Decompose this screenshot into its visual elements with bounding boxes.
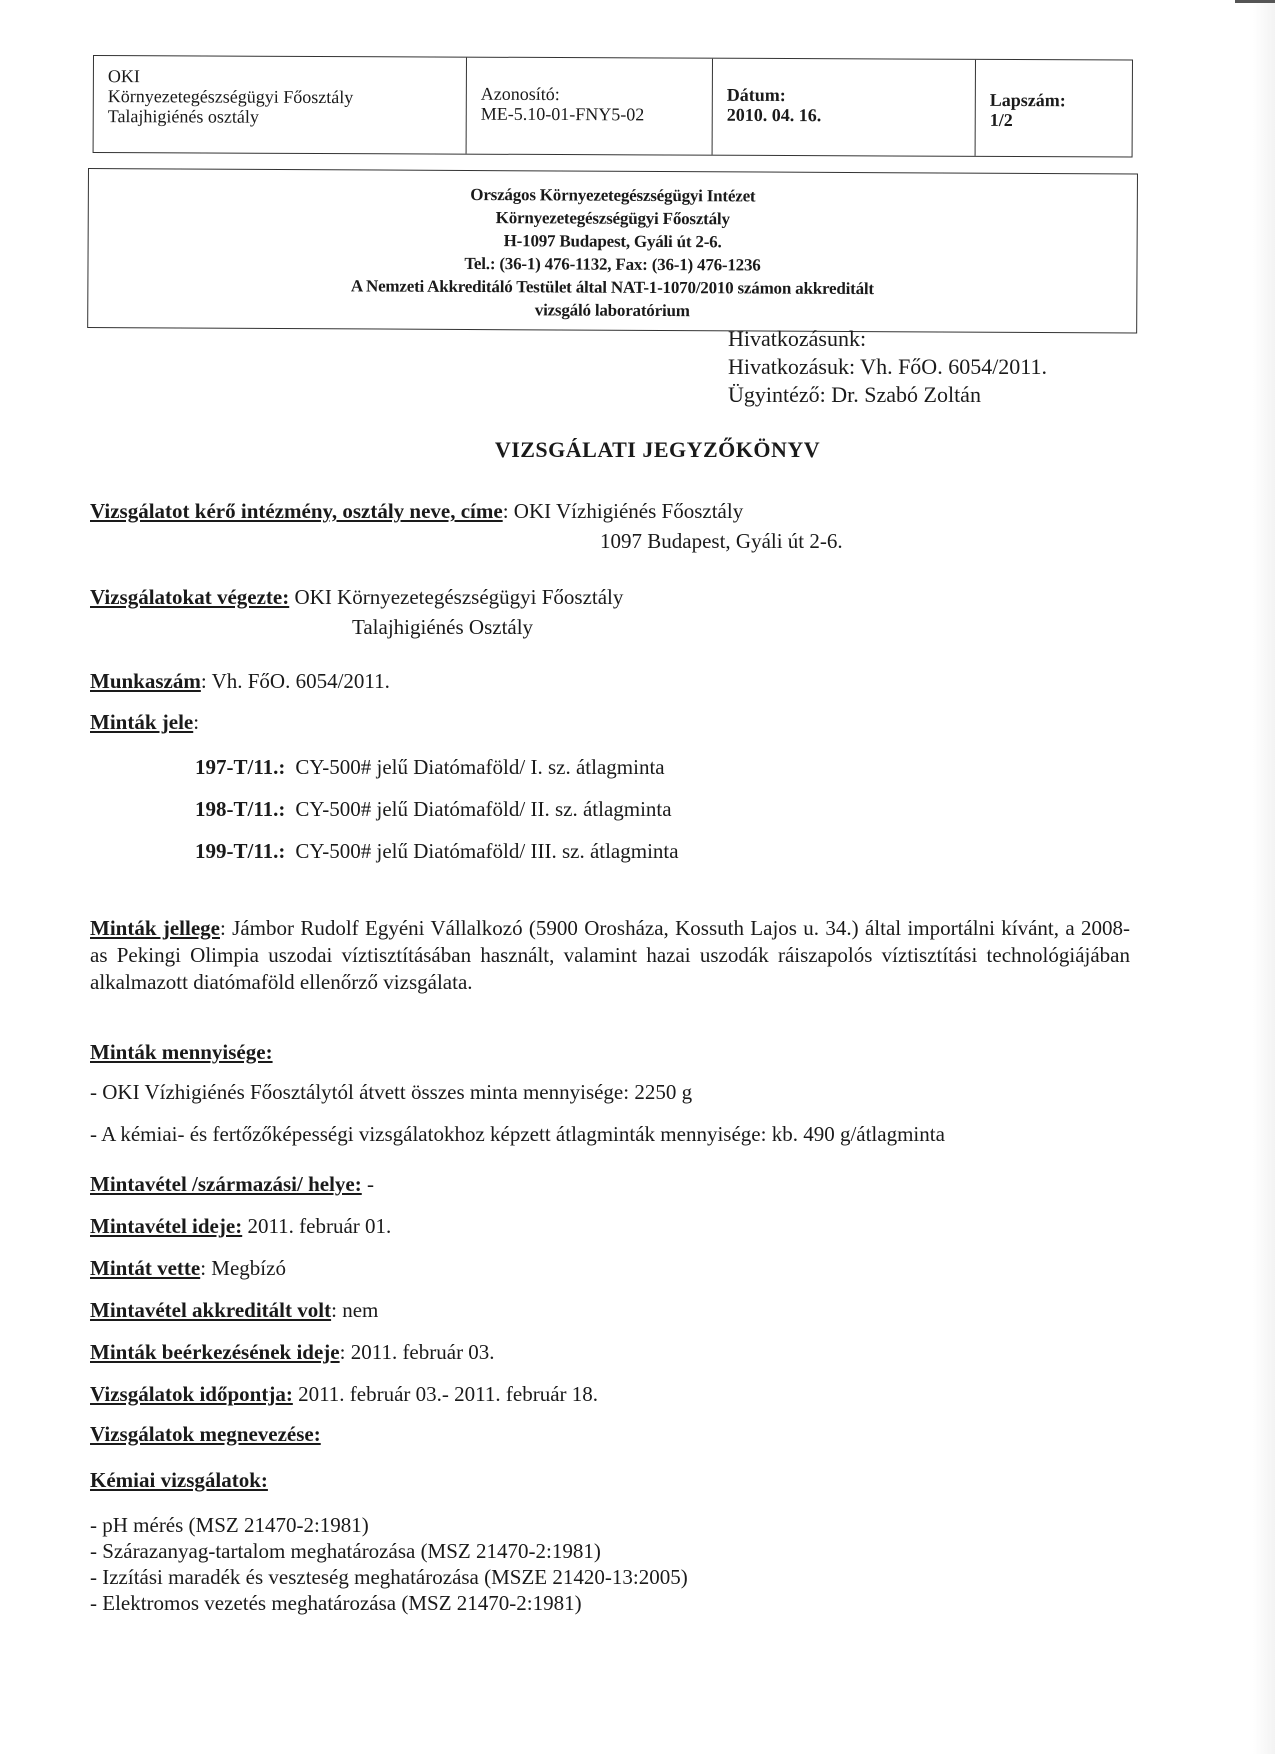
performed-by-label: Vizsgálatokat végezte: (90, 585, 289, 609)
sample-code: 198-T/11.: (195, 797, 285, 821)
field-label: Minták beérkezésének ideje (90, 1340, 340, 1364)
sample-quantity-row: Minták mennyisége: (90, 1038, 273, 1066)
field-label: Vizsgálatok időpontja: (90, 1382, 293, 1406)
arrival-date-row: Minták beérkezésének ideje: 2011. februá… (90, 1338, 495, 1366)
our-reference: Hivatkozásunk: (728, 325, 1047, 353)
separator: : (503, 499, 509, 523)
field-value: 2011. február 03.- 2011. február 18. (293, 1382, 598, 1406)
org-unit: Talajhigiénés osztály (108, 106, 454, 128)
sample-nature-text: Jámbor Rudolf Egyéni Vállalkozó (5900 Or… (90, 916, 1130, 994)
field-value: Megbízó (206, 1256, 286, 1280)
sampling-place-row: Mintavétel /származási/ helye: - (90, 1170, 374, 1198)
quantity-item: - OKI Vízhigiénés Főosztálytól átvett ös… (90, 1080, 692, 1105)
field-label: Vizsgálatok megnevezése: (90, 1422, 321, 1446)
sample-ids-row: Minták jele: (90, 708, 199, 736)
chemical-tests-row: Kémiai vizsgálatok: (90, 1466, 268, 1494)
header-org-cell: OKI Környezetegészségügyi Főosztály Tala… (94, 56, 467, 154)
sample-item: 199-T/11.:CY-500# jelű Diatómaföld/ III.… (195, 839, 679, 864)
quantity-item: - A kémiai- és fertőzőképességi vizsgála… (90, 1122, 945, 1147)
chemical-tests-label: Kémiai vizsgálatok: (90, 1468, 268, 1492)
field-value: 2011. február 03. (345, 1340, 494, 1364)
requester-name: OKI Vízhigiénés Főosztály (514, 499, 743, 523)
id-label: Azonosító: (481, 84, 700, 105)
sample-item: 198-T/11.:CY-500# jelű Diatómaföld/ II. … (195, 797, 672, 822)
test-names-row: Vizsgálatok megnevezése: (90, 1420, 321, 1448)
document-header-table: OKI Környezetegészségügyi Főosztály Tala… (93, 55, 1133, 158)
sample-ids-label: Minták jele (90, 710, 193, 734)
performed-by-dept: OKI Környezetegészségügyi Főosztály (294, 585, 623, 609)
date-label: Dátum: (727, 85, 963, 106)
institute-line: vizsgáló laboratórium (88, 296, 1136, 324)
separator: : (193, 710, 199, 734)
requester-label: Vizsgálatot kérő intézmény, osztály neve… (90, 499, 503, 523)
sample-quantity-label: Minták mennyisége: (90, 1040, 273, 1064)
field-label: Mintavétel /származási/ helye: (90, 1172, 362, 1196)
case-officer: Ügyintéző: Dr. Szabó Zoltán (728, 381, 1047, 409)
page-edge-shadow (1253, 0, 1275, 1754)
org-name: OKI (108, 66, 454, 88)
sample-nature-label: Minták jellege (90, 916, 220, 940)
page-label: Lapszám: (990, 90, 1120, 111)
sample-desc: CY-500# jelű Diatómaföld/ III. sz. átlag… (295, 839, 678, 863)
performed-by-unit: Talajhigiénés Osztály (352, 615, 533, 640)
test-period-row: Vizsgálatok időpontja: 2011. február 03.… (90, 1380, 598, 1408)
requester-row: Vizsgálatot kérő intézmény, osztály neve… (90, 497, 743, 525)
sample-desc: CY-500# jelű Diatómaföld/ II. sz. átlagm… (295, 797, 671, 821)
id-value: ME-5.10-01-FNY5-02 (481, 104, 700, 125)
scan-artifact (1235, 0, 1275, 3)
header-id-cell: Azonosító: ME-5.10-01-FNY5-02 (467, 58, 713, 155)
field-value: nem (337, 1298, 378, 1322)
field-label: Mintavétel ideje: (90, 1214, 242, 1238)
test-item: - Szárazanyag-tartalom meghatározása (MS… (90, 1538, 688, 1564)
separator: : (220, 916, 226, 940)
test-item: - Izzítási maradék és veszteség meghatár… (90, 1564, 688, 1590)
sample-desc: CY-500# jelű Diatómaföld/ I. sz. átlagmi… (295, 755, 664, 779)
org-department: Környezetegészségügyi Főosztály (108, 86, 454, 108)
field-value: - (362, 1172, 374, 1196)
sample-item: 197-T/11.:CY-500# jelű Diatómaföld/ I. s… (195, 755, 665, 780)
sample-code: 199-T/11.: (195, 839, 285, 863)
sample-code: 197-T/11.: (195, 755, 285, 779)
date-value: 2010. 04. 16. (727, 105, 963, 126)
test-item: - pH mérés (MSZ 21470-2:1981) (90, 1512, 688, 1538)
page-value: 1/2 (990, 110, 1120, 131)
field-value: 2011. február 01. (242, 1214, 391, 1238)
header-date-cell: Dátum: 2010. 04. 16. (713, 59, 976, 156)
sampling-date-row: Mintavétel ideje: 2011. február 01. (90, 1212, 391, 1240)
test-item: - Elektromos vezetés meghatározása (MSZ … (90, 1590, 688, 1616)
document-title: VIZSGÁLATI JEGYZŐKÖNYV (0, 437, 1275, 463)
sample-nature-paragraph: Minták jellege: Jámbor Rudolf Egyéni Vál… (90, 915, 1130, 996)
reference-block: Hivatkozásunk: Hivatkozásuk: Vh. FőO. 60… (728, 325, 1047, 409)
work-number-value: Vh. FőO. 6054/2011. (212, 669, 390, 693)
field-label: Mintát vette (90, 1256, 200, 1280)
field-label: Mintavétel akkreditált volt (90, 1298, 331, 1322)
chemical-tests-list: - pH mérés (MSZ 21470-2:1981) - Szárazan… (90, 1512, 688, 1616)
work-number-row: Munkaszám: Vh. FőO. 6054/2011. (90, 667, 390, 695)
institute-box: Országos Környezetegészségügyi Intézet K… (87, 168, 1138, 333)
requester-address: 1097 Budapest, Gyáli út 2-6. (600, 529, 843, 554)
performed-by-row: Vizsgálatokat végezte: OKI Környezetegés… (90, 583, 623, 611)
their-reference: Hivatkozásuk: Vh. FőO. 6054/2011. (728, 353, 1047, 381)
header-page-cell: Lapszám: 1/2 (976, 60, 1132, 157)
work-number-label: Munkaszám (90, 669, 201, 693)
sampling-accredited-row: Mintavétel akkreditált volt: nem (90, 1296, 378, 1324)
separator: : (201, 669, 207, 693)
sampled-by-row: Mintát vette: Megbízó (90, 1254, 286, 1282)
